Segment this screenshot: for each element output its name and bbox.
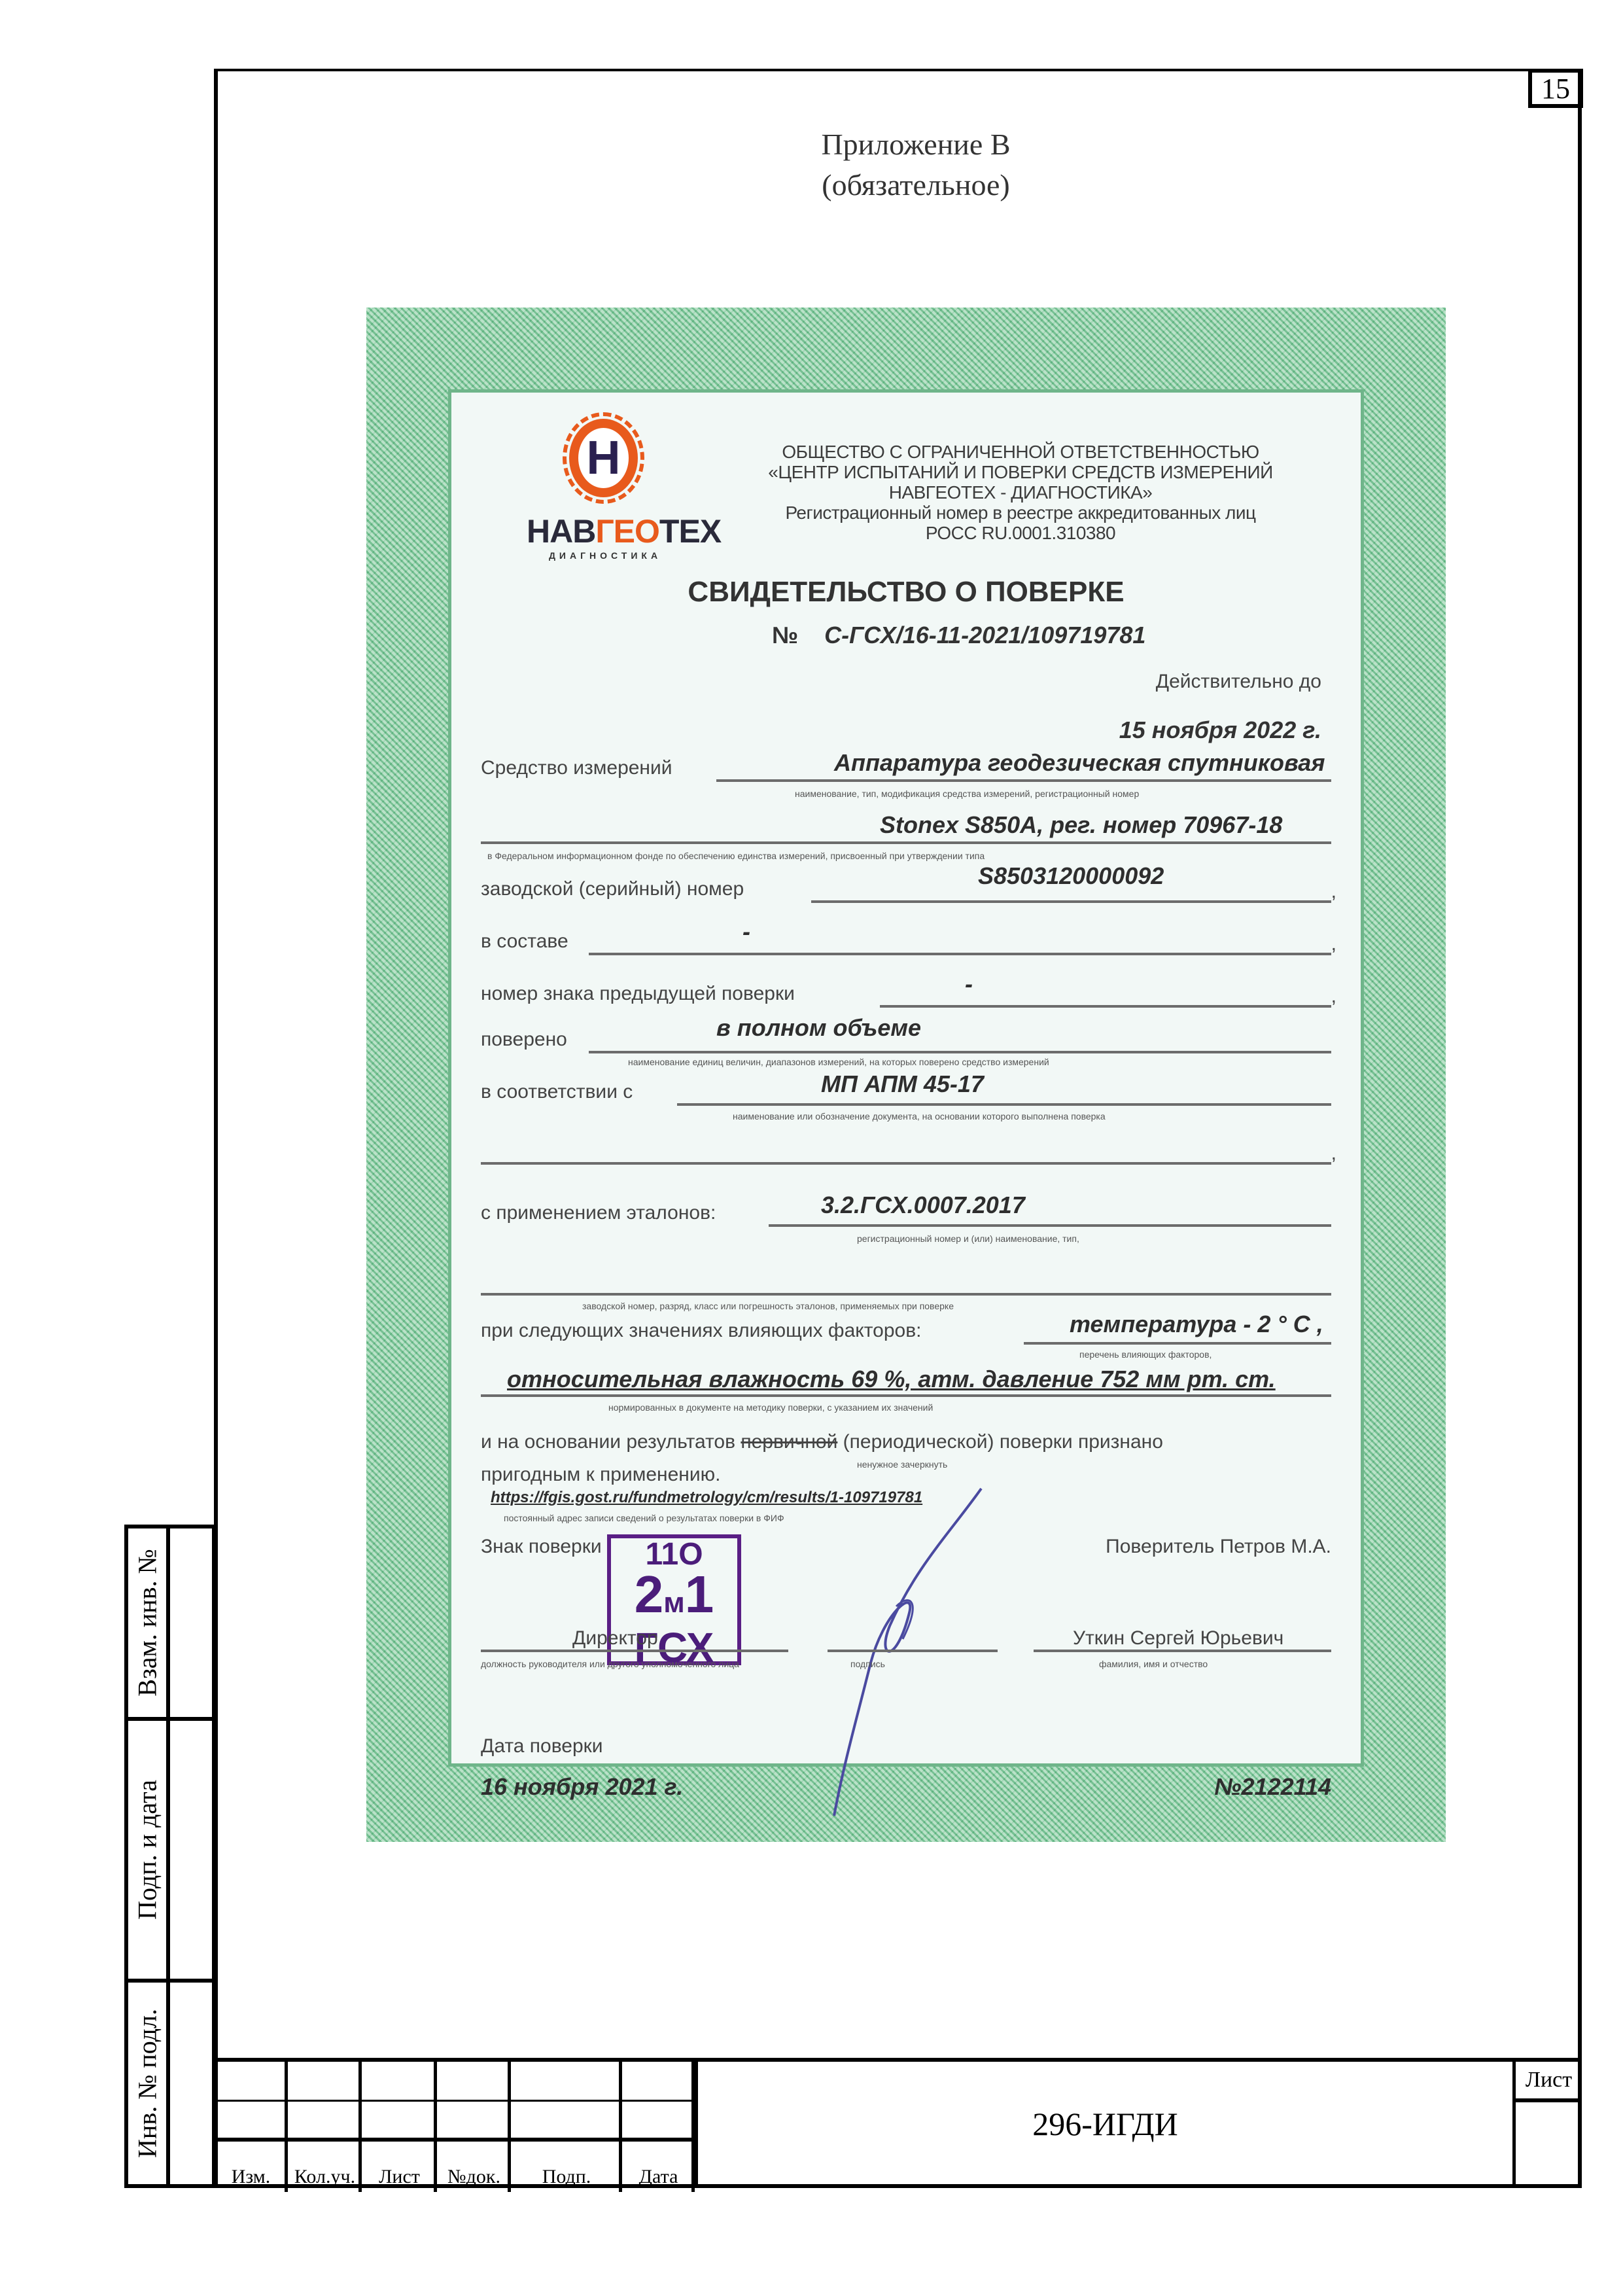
title-block: Изм. Кол.уч. Лист №док. Подп. Дата 296-И… <box>214 2058 1582 2188</box>
side-stamp-inventory: Инв. № подл. <box>124 1979 216 2188</box>
standards-row-2 <box>481 1256 1331 1296</box>
certificate-number: №С-ГСХ/16-11-2021/109719781 <box>772 622 1145 649</box>
gear-logo-icon: H <box>563 409 648 507</box>
date-label-row: Дата поверки <box>481 1731 1331 1760</box>
instrument-model: Stonex S850A, рег. номер 70967-18 <box>880 811 1282 839</box>
result-row: и на основании результатов первичной (пе… <box>481 1423 1331 1456</box>
revision-grid: Изм. Кол.уч. Лист №док. Подп. Дата <box>214 2058 695 2188</box>
accordance-row-2: , <box>481 1125 1331 1165</box>
sheet-number-box: 15 <box>1528 69 1583 108</box>
composition-row: в составе - , <box>481 916 1331 955</box>
col-podp: Подп. <box>511 2166 622 2188</box>
document-code: 296-ИГДИ <box>695 2058 1512 2188</box>
verified-row: поверено в полном объеме <box>481 1014 1331 1053</box>
valid-until-date: 15 ноября 2022 г. <box>1119 716 1321 744</box>
sheet-cell: Лист <box>1512 2058 1582 2188</box>
form-number: №2122114 <box>1214 1773 1331 1801</box>
instrument-row-2: Stonex S850A, рег. номер 70967-18 <box>481 798 1331 844</box>
side-label-signature: Подп. и дата <box>132 1780 163 1920</box>
serial-row: заводской (серийный) номер S850312000009… <box>481 864 1331 903</box>
factors-row-2: относительная влажность 69 %, атм. давле… <box>481 1358 1331 1397</box>
accordance-row: в соответствии с МП АПМ 45-17 <box>481 1067 1331 1106</box>
sheet-number: 15 <box>1541 73 1570 105</box>
factors-row: при следующих значениях влияющих факторо… <box>481 1305 1331 1345</box>
sheet-label: Лист <box>1516 2062 1582 2102</box>
director-name: Уткин Сергей Юрьевич <box>1073 1627 1283 1650</box>
certificate-body: H НАВГЕОТЕХ ДИАГНОСТИКА ОБЩЕСТВО С ОГРАН… <box>448 389 1364 1767</box>
signature-icon <box>818 1482 988 1822</box>
date-row: 16 ноября 2021 г. №2122114 <box>481 1773 1331 1806</box>
col-data: Дата <box>622 2166 695 2188</box>
director-row: Директор Уткин Сергей Юрьевич <box>481 1619 1331 1652</box>
side-label-replacement: Взам. инв. № <box>132 1549 163 1696</box>
appendix-title: Приложение В <box>720 124 1112 165</box>
prev-mark-row: номер знака предыдущей поверки - , <box>481 968 1331 1008</box>
side-label-inventory: Инв. № подл. <box>132 2009 163 2158</box>
col-list: Лист <box>362 2166 437 2188</box>
instrument-value: Аппаратура геодезическая спутниковая <box>834 749 1325 777</box>
col-kol-uch: Кол.уч. <box>288 2166 362 2188</box>
company-logo: H НАВГЕОТЕХ ДИАГНОСТИКА <box>527 409 684 561</box>
struck-primary: первичной <box>741 1431 837 1453</box>
col-izm: Изм. <box>214 2166 288 2188</box>
instrument-row: Средство измерений Аппаратура геодезичес… <box>481 749 1331 782</box>
verification-certificate: H НАВГЕОТЕХ ДИАГНОСТИКА ОБЩЕСТВО С ОГРАН… <box>366 308 1446 1842</box>
serial-value: S8503120000092 <box>978 862 1164 890</box>
side-stamp-replacement: Взам. инв. № <box>124 1525 216 1721</box>
valid-until-label: Действительно до <box>1156 671 1321 693</box>
certificate-title: СВИДЕТЕЛЬСТВО О ПОВЕРКЕ <box>451 576 1361 609</box>
organization-info: ОБЩЕСТВО С ОГРАНИЧЕННОЙ ОТВЕТСТВЕННОСТЬЮ… <box>733 442 1308 543</box>
brand-subtitle: ДИАГНОСТИКА <box>527 550 684 561</box>
col-ndok: №док. <box>437 2166 511 2188</box>
appendix-subtitle: (обязательное) <box>720 165 1112 205</box>
side-stamp-signature: Подп. и дата <box>124 1717 216 1983</box>
verification-date: 16 ноября 2021 г. <box>481 1773 683 1801</box>
verifier-name: Поверитель Петров М.А. <box>1106 1536 1331 1558</box>
brand-name: НАВГЕОТЕХ <box>527 512 684 550</box>
standards-row: с применением эталонов: 3.2.ГСХ.0007.201… <box>481 1188 1331 1227</box>
appendix-heading: Приложение В (обязательное) <box>720 124 1112 205</box>
